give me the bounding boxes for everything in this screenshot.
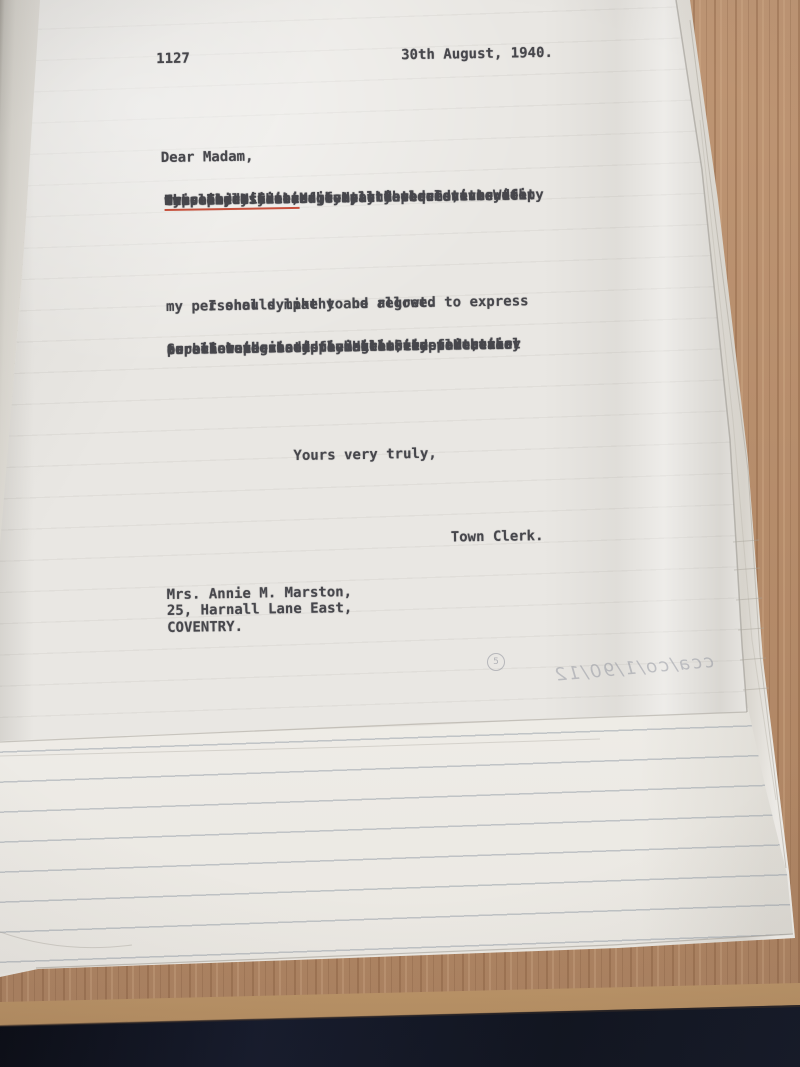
recipient-line: COVENTRY. [167,617,353,636]
stamp-mark: 5 [487,653,505,671]
signature-town-clerk: Town Clerk. [451,529,544,545]
typed-text: my personal sympathy and regret. [166,296,436,315]
typed-text: Council desire to be associated. [164,190,434,209]
salutation: Dear Madam, [161,150,254,166]
closing-phrase: Yours very truly, [293,447,437,464]
recipient-address: Mrs. Annie M. Marston,25, Harnall Lane E… [167,584,353,636]
letter-date: 30th August, 1940. [401,46,553,63]
typed-text: person authorised to make the applicatio… [167,337,521,357]
archive-photo: 1127 30th August, 1940. Dear Madam, The … [0,0,800,1067]
recipient-line: 25, Harnall Lane East, [167,601,353,620]
page-ref-number: 1127 [156,52,190,67]
stamp-mark-text: 5 [493,657,499,667]
